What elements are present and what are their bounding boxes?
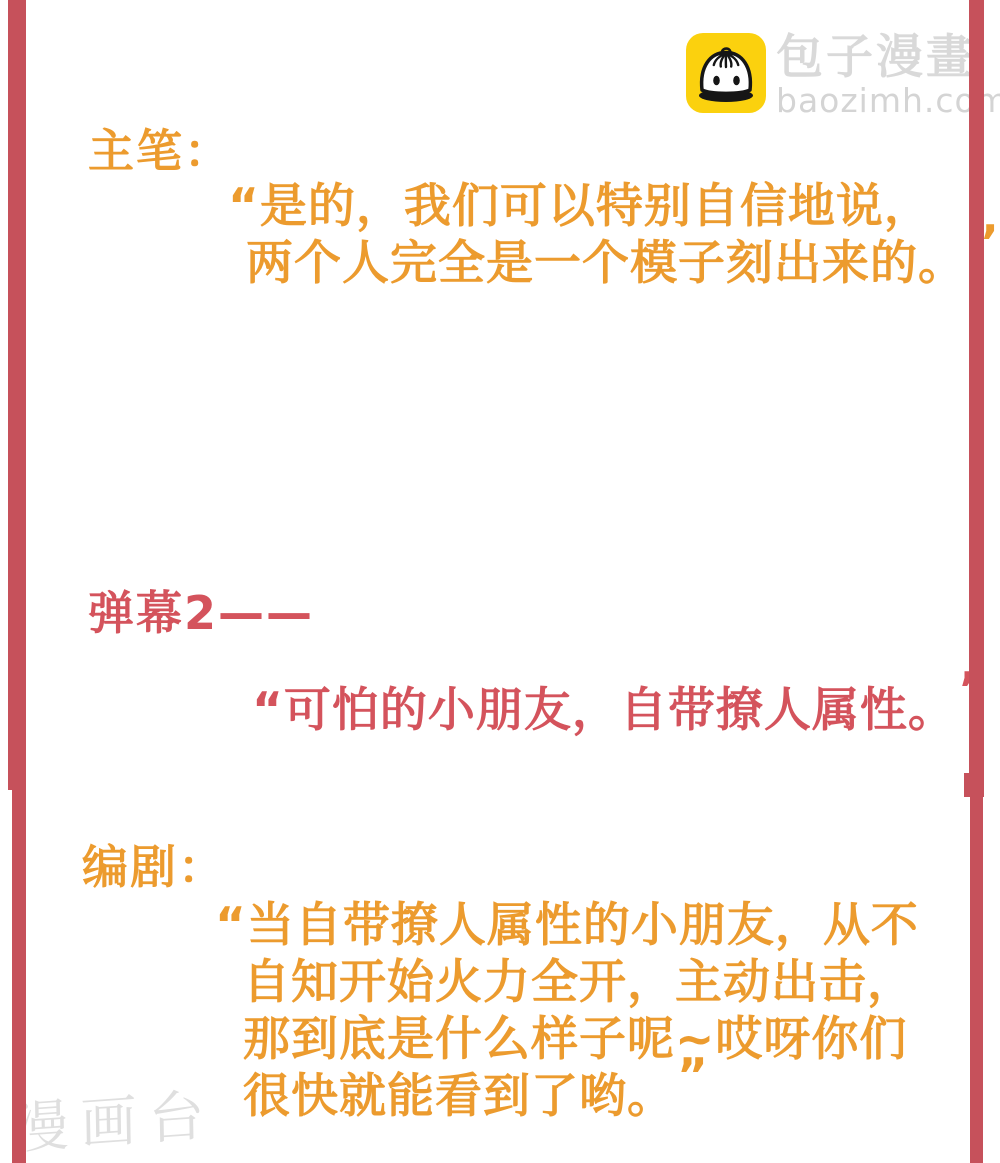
writer-quote-line-2: 自知开始火力全开，主动出击， (243, 954, 919, 1011)
danmu-label: 弹幕2—— (88, 588, 314, 639)
baozi-bun-icon (686, 33, 766, 113)
artist-quote-line-1: “是的，我们可以特别自信地说， (228, 178, 1000, 235)
panel-border-right-top (969, 0, 984, 775)
panel-border-left-top (8, 0, 26, 790)
danmu-quote: “可怕的小朋友，自带撩人属性。” (252, 682, 990, 739)
artist-quote-line-2-text: 两个人完全是一个模子刻出来的。 (246, 236, 966, 291)
writer-quote-line-3: 那到底是什么样子呢~哎呀你们 (243, 1011, 919, 1068)
artist-label: 主笔： (88, 126, 232, 177)
danmu-quote-text: “可怕的小朋友，自带撩人属性。 (252, 683, 956, 738)
logo-text-column: 包子漫畫 baozimh.com (776, 33, 1000, 119)
panel-border-left-bottom (12, 788, 26, 1163)
writer-quote-line-4-text: 很快就能看到了哟。 (243, 1069, 675, 1124)
writer-quote-line-4: 很快就能看到了哟。” (243, 1068, 919, 1125)
writer-closing-quote: ” (677, 1048, 709, 1105)
writer-quote: “当自带撩人属性的小朋友，从不 自知开始火力全开，主动出击， 那到底是什么样子呢… (215, 897, 919, 1125)
artist-quote-line-2: 两个人完全是一个模子刻出来的。” (246, 235, 1000, 292)
panel-border-right-joint (964, 773, 984, 797)
logo-domain: baozimh.com (776, 83, 1000, 119)
artist-quote: “是的，我们可以特别自信地说， 两个人完全是一个模子刻出来的。” (228, 178, 1000, 292)
baozi-bun-face (686, 33, 766, 113)
comic-page: 包子漫畫 baozimh.com 主笔： “是的，我们可以特别自信地说， 两个人… (0, 0, 1000, 1163)
panel-border-right-bottom (970, 795, 983, 1163)
writer-quote-line-1: “当自带撩人属性的小朋友，从不 (215, 897, 919, 954)
writer-label: 编剧： (82, 842, 226, 893)
baozimh-logo: 包子漫畫 baozimh.com (686, 33, 1000, 119)
manhuatai-watermark: 漫画台 (12, 1071, 217, 1163)
logo-title: 包子漫畫 (776, 33, 1000, 83)
